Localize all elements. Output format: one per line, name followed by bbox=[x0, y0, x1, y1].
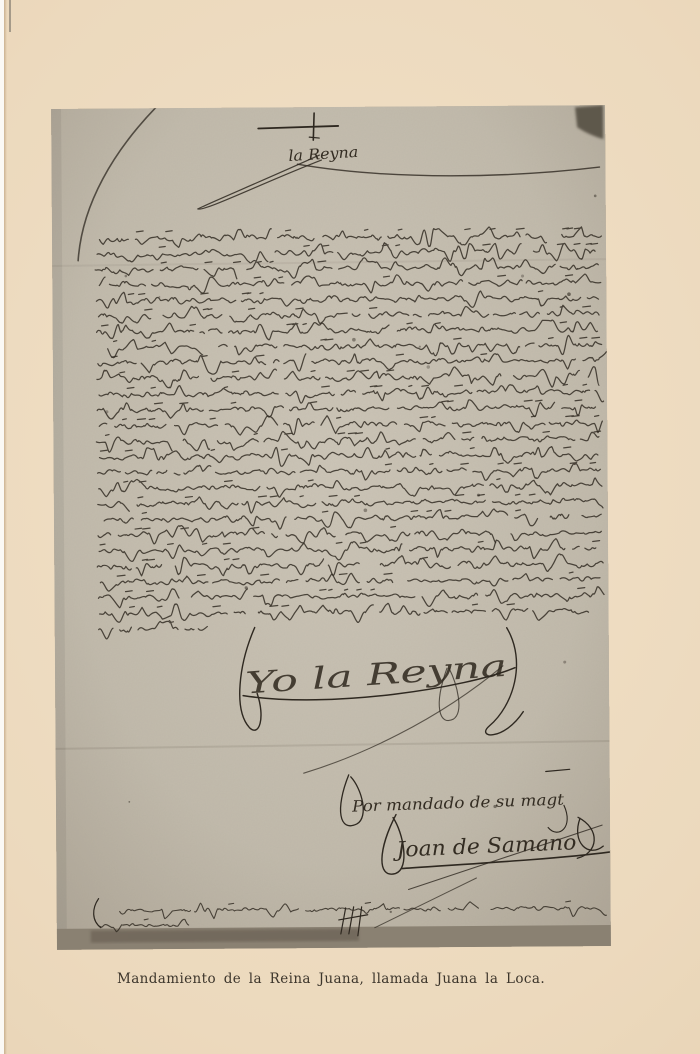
photo-speck bbox=[493, 805, 496, 808]
photo-speck bbox=[563, 661, 566, 664]
photo-speck bbox=[419, 346, 421, 348]
photo-speck bbox=[521, 275, 524, 278]
manuscript-photo-svg: la Reyna Yo la Reyna Por mandado de su m… bbox=[51, 105, 611, 950]
page-edge-mark bbox=[9, 0, 11, 32]
manuscript-photo: la Reyna Yo la Reyna Por mandado de su m… bbox=[51, 105, 611, 950]
photo-speck bbox=[352, 338, 356, 342]
photo-speck bbox=[158, 296, 160, 298]
photo-speck bbox=[427, 365, 430, 368]
photo-speck bbox=[594, 194, 597, 197]
photo-speck bbox=[364, 508, 368, 512]
photo-speck bbox=[390, 911, 392, 913]
photo-speck bbox=[245, 586, 248, 589]
photo-caption: Mandamiento de la Reina Juana, llamada J… bbox=[51, 971, 611, 987]
photo-speck bbox=[477, 494, 480, 497]
photo-speck bbox=[567, 292, 571, 296]
page-edge-shadow bbox=[4, 0, 7, 1054]
photo-bottom-smudge bbox=[91, 929, 359, 943]
photo-speck bbox=[128, 801, 130, 803]
book-page: la Reyna Yo la Reyna Por mandado de su m… bbox=[0, 0, 700, 1054]
photo-speck bbox=[125, 275, 128, 278]
photo-speck bbox=[105, 410, 108, 413]
photo-grain bbox=[51, 105, 611, 950]
